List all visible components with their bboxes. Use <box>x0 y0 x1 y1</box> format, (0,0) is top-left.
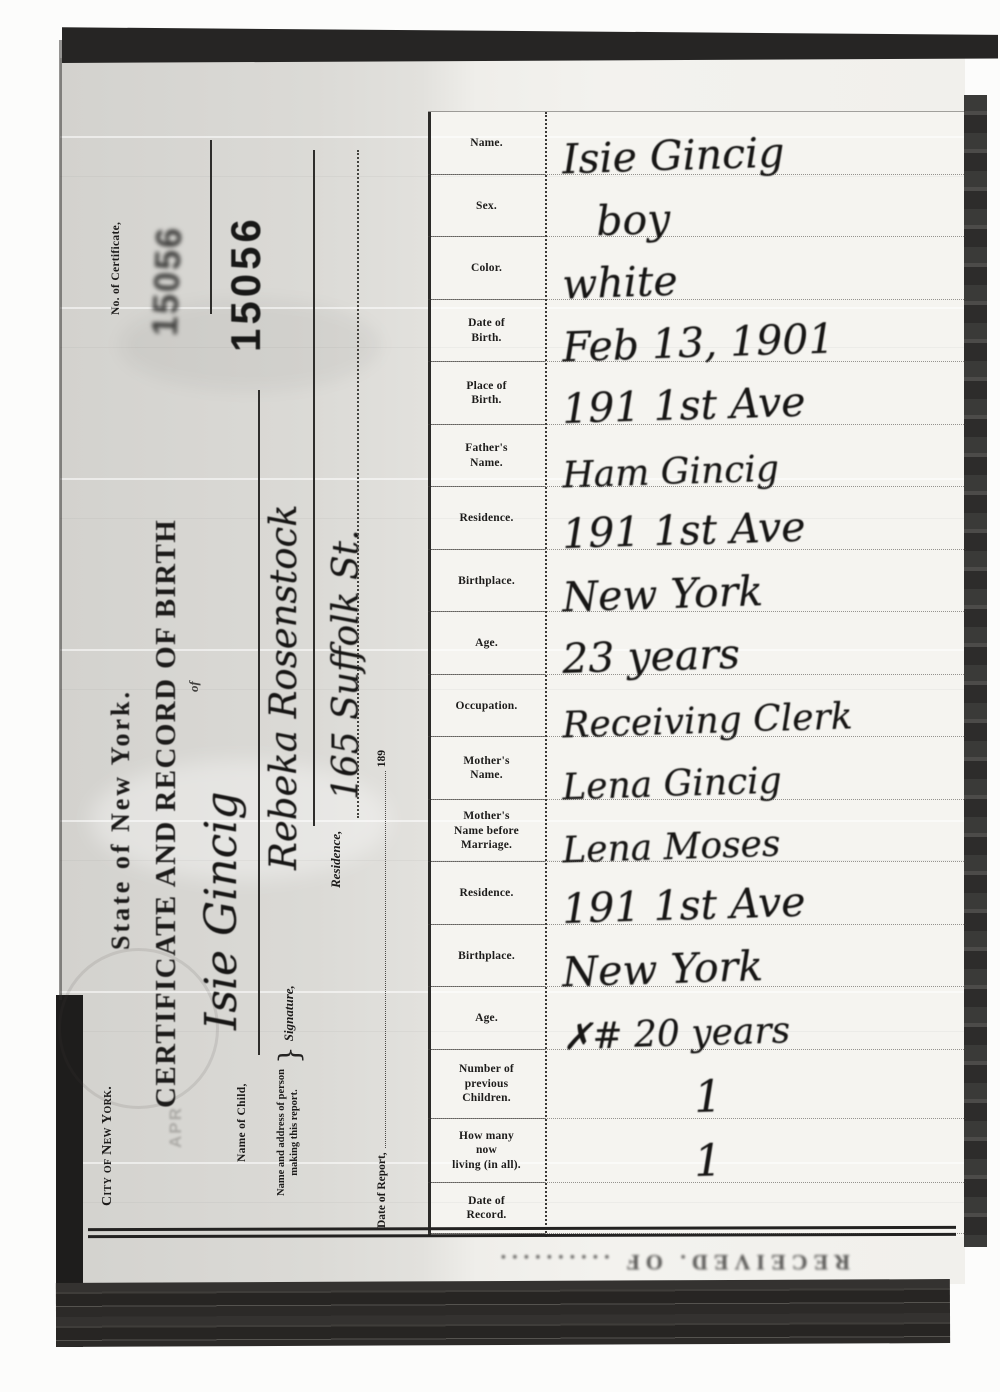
field-label: Sex. <box>428 175 545 238</box>
field-label: How many now living (in all). <box>428 1119 545 1183</box>
field-label: Occupation. <box>428 675 545 738</box>
child-name-line <box>258 390 260 1055</box>
scan-edge-bottom <box>56 1279 950 1347</box>
child-name-handwritten: Isie Gincig <box>196 380 247 1030</box>
faint-round-stamp <box>58 948 219 1109</box>
field-label: Birthplace. <box>428 550 545 613</box>
field-label: Name. <box>428 112 545 175</box>
brace-glyph: } <box>273 1046 306 1064</box>
certificate-number-label: No. of Certificate, <box>110 143 122 315</box>
signature-label: Signature, <box>281 985 297 1041</box>
field-label: Place of Birth. <box>428 362 545 425</box>
field-label: Father's Name. <box>428 425 545 488</box>
field-label: Birthplace. <box>428 925 545 988</box>
field-label: Mother's Name. <box>428 737 545 800</box>
reporter-signature-handwritten: Rebeka Rosenstock <box>262 148 305 870</box>
field-label: Age. <box>428 987 545 1050</box>
field-label: Number of previous Children. <box>428 1050 545 1119</box>
date-of-report-block: Date of Report, 189 <box>370 750 388 1228</box>
certificate-number-stamp: 15056 <box>146 178 188 336</box>
field-label: Residence. <box>428 862 545 925</box>
certificate-number-stamp-text: 15056 <box>144 225 191 337</box>
name-of-child-label: Name of Child, <box>236 1044 248 1162</box>
state-of-new-york-title: State of New York. <box>106 445 136 950</box>
sheet-left-edge-line <box>59 40 62 1000</box>
scan-edge-right <box>964 95 987 1247</box>
field-label: Mother's Name before Marriage. <box>428 800 545 863</box>
date-of-report-label: Date of Report, <box>376 1152 388 1228</box>
field-label: Date of Birth. <box>428 300 545 363</box>
birth-record-table: Name. Isie Gincig Sex. boy Color. white … <box>428 112 958 1234</box>
city-of-new-york-label: City of New York. <box>100 1006 116 1206</box>
dotted-leader-line <box>385 771 386 1148</box>
signature-line <box>313 150 315 826</box>
date-of-report-year: 189 <box>376 750 388 767</box>
certificate-title: CERTIFICATE AND RECORD OF BIRTH <box>150 310 183 1108</box>
field-label: Color. <box>428 237 545 300</box>
certificate-no-line <box>210 140 212 314</box>
scan-edge-top <box>62 25 998 63</box>
field-label: Residence. <box>428 487 545 550</box>
residence-line <box>357 150 361 818</box>
reporter-label-block: Name and address of person making this r… <box>272 766 306 1196</box>
mirrored-received-text: RECEIVED. OF .......... <box>150 1243 850 1275</box>
scanned-birth-certificate: RECEIVED. OF .......... APR No. of Certi… <box>0 0 1000 1392</box>
field-value-handwritten <box>543 1170 958 1243</box>
residence-label: Residence, <box>328 812 344 888</box>
field-label: Age. <box>428 612 545 675</box>
reporter-label: Name and address of person making this r… <box>276 1069 301 1196</box>
